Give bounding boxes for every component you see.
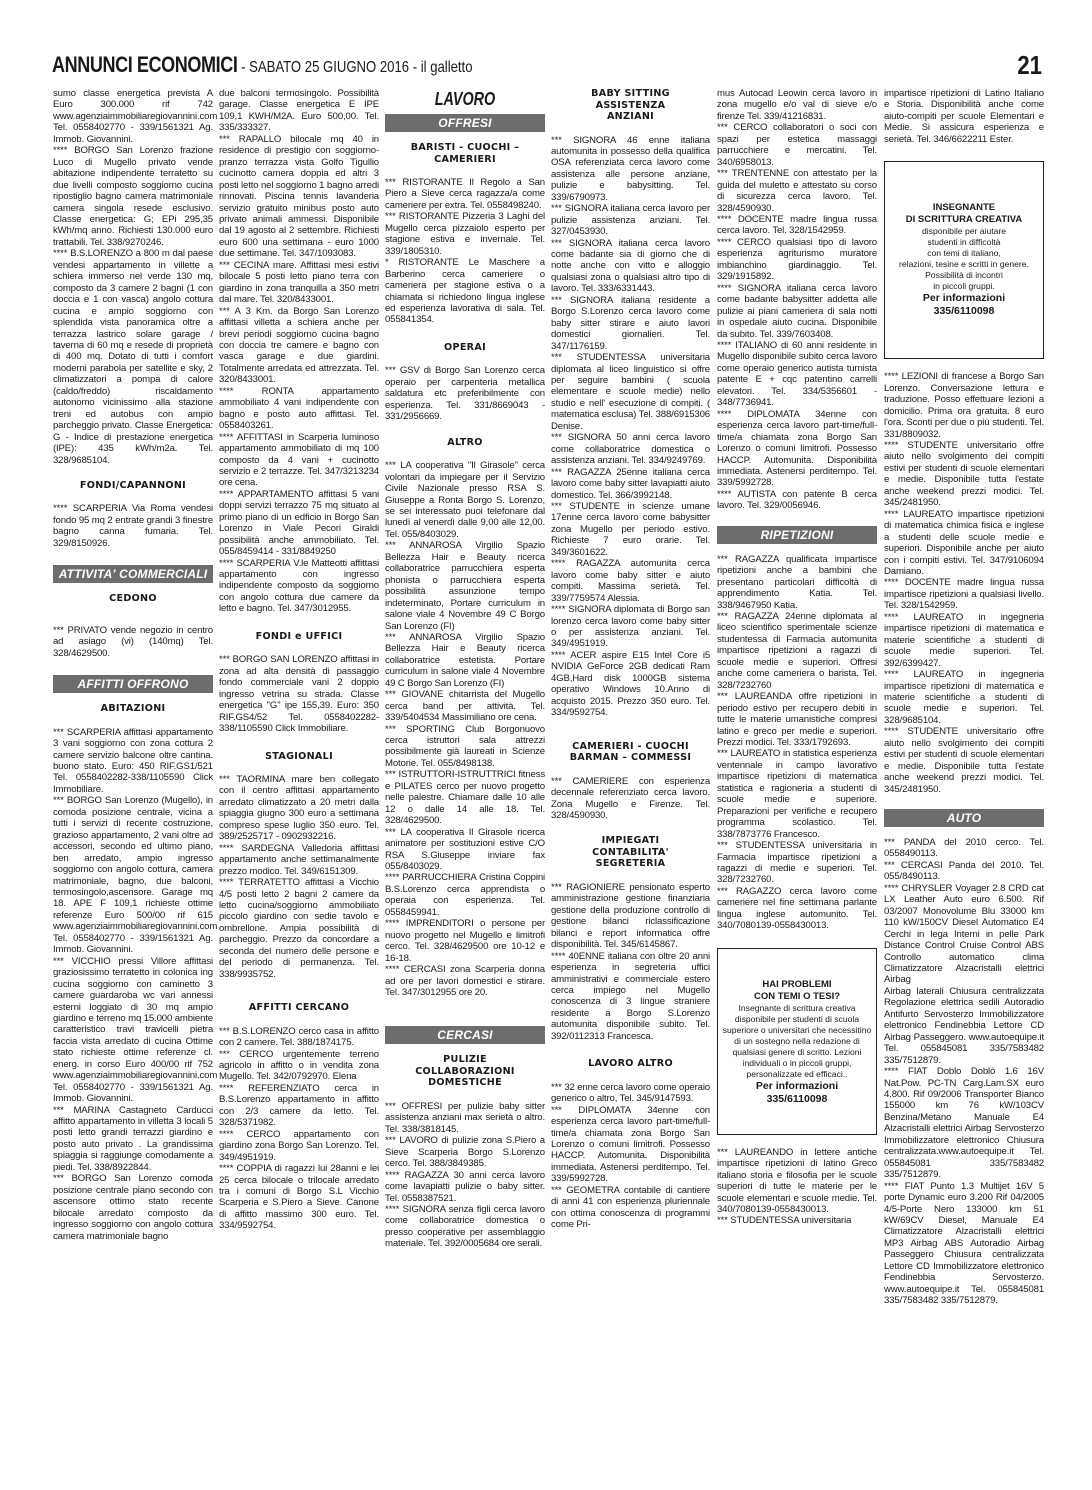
classified-ad: *** SIGNORA italiana residente a Borgo S… xyxy=(551,295,710,352)
ads-list: *** LA cooperativa "Il Girasole" cerca v… xyxy=(385,460,545,998)
classified-ad: *** LA cooperativa "Il Girasole" cerca v… xyxy=(385,460,545,540)
ads-list: *** SIGNORA 46 enne italiana automunita … xyxy=(551,135,710,719)
section-bar-affitti-offrono: AFFITTI OFFRONO xyxy=(53,675,213,693)
classified-ad: **** DOCENTE madre lingua russa impartis… xyxy=(884,577,1044,611)
classified-ad: **** DOCENTE madre lingua russa cerca la… xyxy=(717,214,877,237)
classified-ad: *** ISTRUTTORI-ISTRUTTRICI fitness e PIL… xyxy=(385,769,545,826)
subheading-fondi-uffici: FONDI e UFFICI xyxy=(219,631,379,643)
classified-ad: *** RAGAZZO cerca lavoro come cameriere … xyxy=(717,886,877,932)
classified-ad: **** SIGNORA diplomata di Borgo san lore… xyxy=(551,604,710,650)
classified-ad: Airbag laterali Chiusura centralizzata R… xyxy=(884,986,1044,1066)
ad-heading: INSEGNANTE xyxy=(887,202,1041,214)
classified-ad: *** RAGAZZA 25enne italiana cerca lavoro… xyxy=(551,467,710,501)
classified-ad: *** RAGAZZA 24enne diplomata al liceo sc… xyxy=(717,611,877,691)
classified-ad: *** LAUREATO in statistica esperienza ve… xyxy=(717,748,877,840)
classified-ad: **** LAUREATO in ingegneria impartisce r… xyxy=(884,612,1044,669)
classified-ad: *** CERCO collaboratori o soci con spazi… xyxy=(717,122,877,168)
classified-ad: **** AUTISTA con patente B cerca lavoro.… xyxy=(717,489,877,512)
classified-ad: **** LAUREATO impartisce ripetizioni di … xyxy=(884,509,1044,578)
ads-list: *** CAMERIERE con esperienza decennale r… xyxy=(551,776,710,822)
classified-ad: *** SIGNORA 46 enne italiana automunita … xyxy=(551,135,710,204)
page-header: ANNUNCI ECONOMICI - SABATO 25 GIUGNO 201… xyxy=(52,50,1042,82)
classified-ad: **** RONTA appartamento ammobiliato 4 va… xyxy=(219,386,379,432)
section-name: ANNUNCI ECONOMICI xyxy=(52,52,237,77)
ads-list: *** SCARPERIA affittasi appartamento 3 v… xyxy=(53,727,213,1242)
classified-ad: **** RAGAZZA 30 anni cerca lavoro come l… xyxy=(385,1170,545,1204)
page-number: 21 xyxy=(1017,50,1042,81)
ads-list: impartisce ripetizioni di Latino Italian… xyxy=(884,88,1044,145)
ad-body-line: con temi di italiano, xyxy=(887,248,1041,259)
classified-ad: *** SIGNORA 50 anni cerca lavoro come co… xyxy=(551,432,710,466)
ads-list: *** LAUREANDO in lettere antiche imparti… xyxy=(717,1147,877,1227)
ad-body: Insegnante di scrittura creativa disponi… xyxy=(720,1003,874,1080)
ad-body-lines: disponibile per aiutarestudenti in diffi… xyxy=(887,226,1041,292)
classified-ad: *** LAUREANDO in lettere antiche imparti… xyxy=(717,1147,877,1216)
column-5: mus Autocad Leowin cerca lavoro in zona … xyxy=(717,88,877,1227)
section-bar-cercasi: CERCASI xyxy=(385,1026,545,1044)
classified-ad: **** B.S.LORENZO a 800 m dal paese vende… xyxy=(53,248,213,466)
classified-ad: *** PANDA del 2010 cerco. Tel. 055849011… xyxy=(884,837,1044,860)
ad-phone: 335/6110098 xyxy=(887,305,1041,318)
subheading-operai: OPERAI xyxy=(385,342,545,354)
classified-ad: **** LAUREATO in ingegneria impartisce r… xyxy=(884,669,1044,726)
classified-ad: *** LAUREANDA offre ripetizioni in perio… xyxy=(717,691,877,748)
classified-ad: **** APPARTAMENTO affittasi 5 vani doppi… xyxy=(219,489,379,558)
subheading-impiegati: IMPIEGATI CONTABILITA' SEGRETERIA xyxy=(551,835,710,870)
ad-body-line: disponibile per aiutare xyxy=(887,226,1041,237)
classified-ad: impartisce ripetizioni di Latino Italian… xyxy=(884,88,1044,145)
ad-info-label: Per informazioni xyxy=(887,292,1041,305)
classified-ad: **** AFFITTASI in Scarperia luminoso app… xyxy=(219,432,379,489)
classified-ad: sumo classe energetica prevista A Euro 3… xyxy=(53,88,213,145)
column-2: due balconi termosingolo. Possibilità ga… xyxy=(219,88,379,1232)
classified-ad: **** TERRATETTO affittasi a Vicchio 4/5 … xyxy=(219,877,379,980)
classified-ad: *** RISTORANTE Il Regolo a San Piero a S… xyxy=(385,177,545,211)
classified-ad: **** PARRUCCHIERA Cristina Coppini B.S.L… xyxy=(385,872,545,918)
ad-phone: 335/6110098 xyxy=(720,1093,874,1106)
classified-ad: **** SIGNORA senza figli cerca lavoro co… xyxy=(385,1204,545,1250)
classified-ad: *** GEOMETRA contabile di cantiere di an… xyxy=(551,1185,710,1231)
classified-ad: *** RAPALLO bilocale mq 40 in residence … xyxy=(219,134,379,260)
display-ad-temi-tesi: HAI PROBLEMI CON TEMI O TESI? Insegnante… xyxy=(717,948,877,1135)
classified-ad: **** ITALIANO di 60 anni residente in Mu… xyxy=(717,340,877,409)
subheading-lavoro-altro: LAVORO ALTRO xyxy=(551,1058,710,1070)
subheading-baby-sitting: BABY SITTING ASSISTENZA ANZIANI xyxy=(551,88,710,123)
classified-ad: *** LAVORO di pulizie zona S.Piero a Sie… xyxy=(385,1135,545,1169)
section-bar-ripetizioni: RIPETIZIONI xyxy=(717,526,877,544)
ads-list: *** GSV di Borgo San Lorenzo cerca opera… xyxy=(385,365,545,422)
classified-ad: * RISTORANTE Le Maschere a Barberino cer… xyxy=(385,257,545,326)
subheading-cedono: CEDONO xyxy=(53,593,213,605)
ad-body-line: in piccoli gruppi. xyxy=(887,281,1041,292)
subheading-abitazioni: ABITAZIONI xyxy=(53,703,213,715)
classified-ad: **** IMPRENDITORI o persone per nuovo pr… xyxy=(385,918,545,964)
classified-ad: **** DIPLOMATA 34enne con esperienza cer… xyxy=(717,409,877,489)
classified-ad: *** GSV di Borgo San Lorenzo cerca opera… xyxy=(385,365,545,422)
classified-ad: **** SCARPERIA V.le Matteotti affittasi … xyxy=(219,558,379,615)
issue-date: - SABATO 25 GIUGNO 2016 - il galletto xyxy=(237,59,472,76)
classified-ad: **** SIGNORA italiana cerca lavoro come … xyxy=(717,283,877,340)
classified-ad: *** STUDENTE in scienze umane 17enne cer… xyxy=(551,501,710,558)
classified-ad: **** CERCO qualsiasi tipo di lavoro espe… xyxy=(717,237,877,283)
column-4: BABY SITTING ASSISTENZA ANZIANI *** SIGN… xyxy=(551,88,710,1231)
classified-ad: **** RAGAZZA automunita cerca lavoro com… xyxy=(551,558,710,604)
classified-ad: *** SPORTING Club Borgonuovo cerca istru… xyxy=(385,724,545,770)
ads-list: *** B.S.LORENZO cerco casa in affitto co… xyxy=(219,1026,379,1232)
classified-ad: *** STUDENTESSA universitaria in Farmaci… xyxy=(717,840,877,886)
classified-ad: *** DIPLOMATA 34enne con esperienza cerc… xyxy=(551,1105,710,1185)
column-1: sumo classe energetica prevista A Euro 3… xyxy=(53,88,213,1242)
classified-ad: *** A 3 Km. da Borgo San Lorenzo affitta… xyxy=(219,306,379,386)
ads-list: *** BORGO SAN LORENZO affittasi in zona … xyxy=(219,654,379,734)
classified-ad: **** SARDEGNA Valledoria affittasi appar… xyxy=(219,843,379,877)
classified-ad: **** STUDENTE universitario offre aiuto … xyxy=(884,440,1044,509)
ad-heading: CON TEMI O TESI? xyxy=(720,991,874,1003)
classified-ad: *** ANNAROSA Virgilio Spazio Bellezza Ha… xyxy=(385,632,545,689)
classified-ad: *** BORGO San Lorenzo (Mugello), in como… xyxy=(53,795,213,955)
classified-ad: *** CERCASI Panda del 2010. Tel. 055/849… xyxy=(884,860,1044,883)
section-bar-offresi: OFFRESI xyxy=(385,114,545,132)
subheading-affitti-cercano: AFFITTI CERCANO xyxy=(219,1002,379,1014)
classified-ad: **** CERCASI zona Scarperia donna ad ore… xyxy=(385,964,545,998)
ads-list: sumo classe energetica prevista A Euro 3… xyxy=(53,88,213,466)
classified-ad: *** RAGIONIERE pensionato esperto ammini… xyxy=(551,882,710,951)
classified-ad: *** TRENTENNE con attestato per la guida… xyxy=(717,168,877,214)
classified-ad: *** STUDENTESSA universitaria diplomata … xyxy=(551,352,710,432)
classified-ad: *** CERCO urgentemente terreno agricolo … xyxy=(219,1049,379,1083)
ads-list: *** RAGAZZA qualificata impartisce ripet… xyxy=(717,554,877,932)
ads-list: *** PANDA del 2010 cerco. Tel. 055849011… xyxy=(884,837,1044,1307)
classified-ad: *** GIOVANE chitarrista del Mugello cerc… xyxy=(385,689,545,723)
ads-list: *** TAORMINA mare ben collegato con il c… xyxy=(219,774,379,980)
classified-ad: *** RISTORANTE Pizzeria 3 Laghi del Muge… xyxy=(385,211,545,257)
classified-ad: *** BORGO SAN LORENZO affittasi in zona … xyxy=(219,654,379,734)
classified-ad: mus Autocad Leowin cerca lavoro in zona … xyxy=(717,88,877,122)
classified-ad: **** REFERENZIATO cerca in B.S.Lorenzo a… xyxy=(219,1083,379,1129)
subheading-altro: ALTRO xyxy=(385,437,545,449)
ad-heading: DI SCRITTURA CREATIVA xyxy=(887,214,1041,226)
ads-list: **** LEZIONI di francese a Borgo San Lor… xyxy=(884,371,1044,795)
display-ad-insegnante: INSEGNANTE DI SCRITTURA CREATIVA disponi… xyxy=(884,161,1044,359)
classified-ad: *** VICCHIO pressi Villore affittasi gra… xyxy=(53,956,213,1105)
classified-ad: **** 40ENNE italiana con oltre 20 anni e… xyxy=(551,951,710,1043)
classified-ad: *** TAORMINA mare ben collegato con il c… xyxy=(219,774,379,843)
classified-ad: **** CERCO appartamento con giardino zon… xyxy=(219,1129,379,1163)
classified-ad: *** STUDENTESSA universitaria xyxy=(717,1215,877,1226)
subheading-baristi: BARISTI - CUOCHI – CAMERIERI xyxy=(385,142,545,165)
lavoro-title: LAVORO xyxy=(401,88,529,110)
classified-ad: **** CHRYSLER Voyager 2.8 CRD cat LX Lea… xyxy=(884,883,1044,986)
classified-ad: *** CAMERIERE con esperienza decennale r… xyxy=(551,776,710,822)
ads-list: *** RISTORANTE Il Regolo a San Piero a S… xyxy=(385,177,545,326)
ads-list: **** SCARPERIA Via Roma vendesi fondo 95… xyxy=(53,503,213,549)
classified-ad: *** BORGO San Lorenzo comoda posizione c… xyxy=(53,1173,213,1242)
classified-ad: *** LA cooperativa Il Girasole ricerca a… xyxy=(385,827,545,873)
section-bar-attivita: ATTIVITA' COMMERCIALI xyxy=(53,565,213,583)
classified-ad: **** COPPIA di ragazzi lui 28anni e lei … xyxy=(219,1163,379,1232)
classified-ad: *** B.S.LORENZO cerco casa in affitto co… xyxy=(219,1026,379,1049)
classified-ad: due balconi termosingolo. Possibilità ga… xyxy=(219,88,379,134)
classified-ad: *** SIGNORA italiana cerca lavoro per pu… xyxy=(551,203,710,237)
classified-ad: *** ANNAROSA Virgilio Spazio Bellezza Ha… xyxy=(385,540,545,632)
classified-ad: *** CECINA mare. Affittasi mesi estivi b… xyxy=(219,260,379,306)
column-6: impartisce ripetizioni di Latino Italian… xyxy=(884,88,1044,1307)
classified-ad: **** BORGO San Lorenzo frazione Luco di … xyxy=(53,145,213,248)
classified-ad: *** SIGNORA italiana cerca lavoro come b… xyxy=(551,238,710,295)
classified-ad: *** OFFRESI per pulizie baby sitter assi… xyxy=(385,1101,545,1135)
subheading-stagionali: STAGIONALI xyxy=(219,751,379,763)
section-bar-auto: AUTO xyxy=(884,809,1044,827)
column-3: LAVORO OFFRESI BARISTI - CUOCHI – CAMERI… xyxy=(385,88,545,1250)
ad-body-line: studenti in difficoltà xyxy=(887,237,1041,248)
subheading-pulizie: PULIZIE COLLABORAZIONI DOMESTICHE xyxy=(385,1054,545,1089)
ad-body-line: Possibilità di incontri xyxy=(887,270,1041,281)
classified-ad: **** SCARPERIA Via Roma vendesi fondo 95… xyxy=(53,503,213,549)
ad-body-line: relazioni, tesine e scritti in genere. xyxy=(887,259,1041,270)
classified-ad: **** ACER aspire E15 Intel Core i5 NVIDI… xyxy=(551,650,710,719)
classified-ad: **** FIAT Punto 1.3 Multijet 16V 5 porte… xyxy=(884,1181,1044,1307)
classified-ad: *** PRIVATO vende negozio in centro ad a… xyxy=(53,625,213,659)
ad-heading: HAI PROBLEMI xyxy=(720,979,874,991)
ads-list: *** PRIVATO vende negozio in centro ad a… xyxy=(53,625,213,659)
section-title: ANNUNCI ECONOMICI - SABATO 25 GIUGNO 201… xyxy=(52,52,473,78)
classified-ad: *** RAGAZZA qualificata impartisce ripet… xyxy=(717,554,877,611)
subheading-fondi-capannoni: FONDI/CAPANNONI xyxy=(53,480,213,492)
classified-ad: **** STUDENTE universitario offre aiuto … xyxy=(884,726,1044,795)
classified-ad: *** MARINA Castagneto Carducci affitto a… xyxy=(53,1105,213,1174)
subheading-camerieri: CAMERIERI - CUOCHI BARMAN – COMMESSI xyxy=(551,741,710,764)
classified-ad: *** 32 enne cerca lavoro come operaio ge… xyxy=(551,1082,710,1105)
ads-list: mus Autocad Leowin cerca lavoro in zona … xyxy=(717,88,877,512)
ads-list: due balconi termosingolo. Possibilità ga… xyxy=(219,88,379,615)
ads-list: *** RAGIONIERE pensionato esperto ammini… xyxy=(551,882,710,1042)
ads-list: *** 32 enne cerca lavoro come operaio ge… xyxy=(551,1082,710,1231)
classified-ad: *** SCARPERIA affittasi appartamento 3 v… xyxy=(53,727,213,796)
classified-ad: **** FIAT Doblo Doblò 1.6 16V Nat.Pow. P… xyxy=(884,1066,1044,1181)
classified-ad: **** LEZIONI di francese a Borgo San Lor… xyxy=(884,371,1044,440)
ad-info-label: Per informazioni xyxy=(720,1080,874,1093)
ads-list: *** OFFRESI per pulizie baby sitter assi… xyxy=(385,1101,545,1250)
